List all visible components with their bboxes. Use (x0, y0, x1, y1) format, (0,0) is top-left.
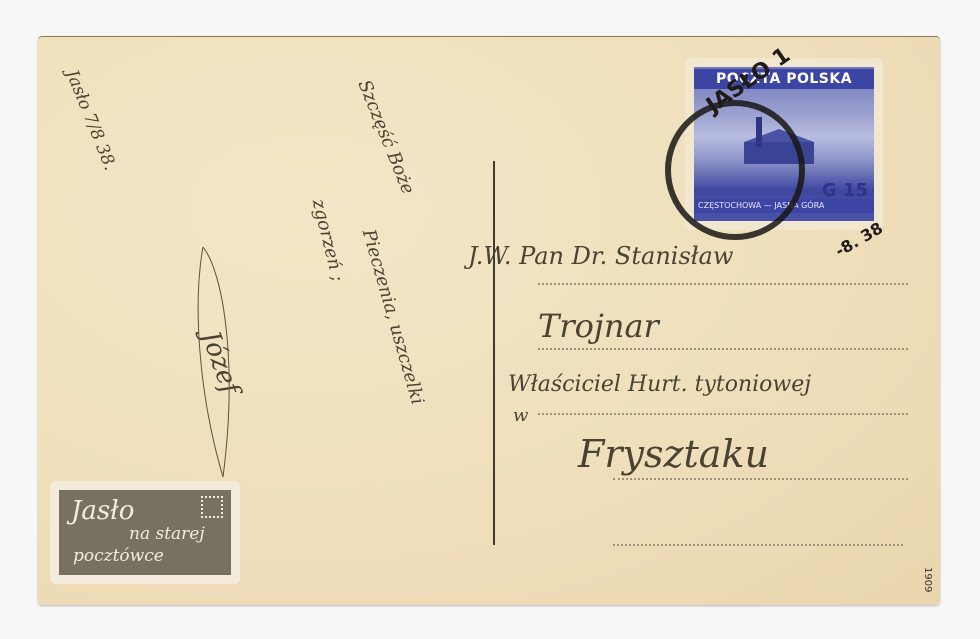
signature-flourish (193, 242, 253, 482)
stamp-value: G 15 (822, 180, 868, 201)
address-line-4 (613, 478, 908, 480)
badge-title: Jasło (71, 496, 134, 526)
address-line-3 (538, 413, 908, 415)
postmark-circle (665, 100, 805, 240)
watermark-badge: Jasło na starej pocztówce (50, 481, 240, 584)
badge-subtitle-2: pocztówce (73, 546, 164, 566)
address-line4-text: Frysztaku (578, 432, 769, 476)
address-line-5 (613, 544, 903, 546)
address-line3-text: Właściciel Hurt. tytoniowej (508, 372, 811, 397)
address-divider (493, 161, 495, 545)
badge-subtitle-1: na starej (129, 524, 205, 544)
sender-date: Jasło 7/8 38. (61, 67, 119, 173)
message-line-3: zgorzeń ; (308, 197, 349, 284)
address-line-2 (538, 348, 908, 350)
print-number: 1909 (922, 567, 933, 592)
stamp-outline-icon (201, 496, 223, 518)
address-line-1 (538, 283, 908, 285)
message-line-2: Pieczenia, uszczelki (358, 227, 428, 407)
address-line2-text: Trojnar (538, 307, 659, 345)
address-line1-text: J.W. Pan Dr. Stanisław (468, 242, 733, 270)
message-line-1: Szczęść Boże (354, 77, 419, 197)
address-line4-prefix: w (513, 405, 528, 426)
